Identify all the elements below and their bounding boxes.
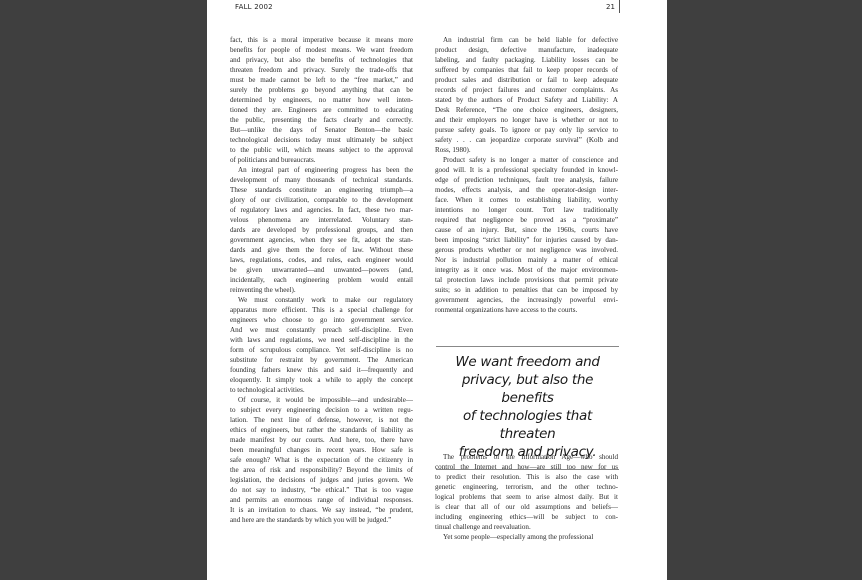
text-line: intentions no longer count. Tort law tra… [435, 205, 618, 215]
header-rule [619, 0, 620, 13]
text-line: been imposing “strict liability” for inj… [435, 235, 618, 245]
text-line: and their employers no longer have is wh… [435, 115, 618, 125]
text-line: threaten freedom and privacy. Surely the… [230, 65, 413, 75]
text-line: These standards constitute an engineerin… [230, 185, 413, 195]
text-line: apparatus more efficient. This is a spec… [230, 305, 413, 315]
text-line: engineers who choose to go into governme… [230, 315, 413, 325]
text-line: legislation, the decisions of judges and… [230, 475, 413, 485]
text-line: development of many thousands of technic… [230, 175, 413, 185]
right-column-top: An industrial firm can be held liable fo… [435, 35, 618, 315]
text-line: founding fathers knew this and said it—f… [230, 365, 413, 375]
text-line: surely the problems go beyond anything t… [230, 85, 413, 95]
text-line: to technological activities. [230, 385, 413, 395]
text-line: determined by engineers, no matter how w… [230, 95, 413, 105]
text-line: An industrial firm can be held liable fo… [435, 35, 618, 45]
text-line: records of project failures and customer… [435, 85, 618, 95]
text-line: Of course, it would be impossible—and un… [230, 395, 413, 405]
text-line: genetic engineering, terrorism, and the … [435, 482, 618, 492]
text-line: is clear that all of our old assumptions… [435, 502, 618, 512]
text-line: cause of an injury. But, since the 1960s… [435, 225, 618, 235]
text-line: form of scrupulous compliance. Yet self-… [230, 345, 413, 355]
text-line: dards and give them the force of law. Wi… [230, 245, 413, 255]
text-line: eloquently. It simply took a while to ap… [230, 375, 413, 385]
text-line: including engineering ethics—will be sub… [435, 512, 618, 522]
text-line: gerous products whether or not negligenc… [435, 245, 618, 255]
text-line: benefits for people of modest means. We … [230, 45, 413, 55]
text-line: tal protection laws include provisions t… [435, 275, 618, 285]
text-line: Ross, 1980). [435, 145, 618, 155]
text-line: logical problems that seem to arise almo… [435, 492, 618, 502]
text-line: face. When it comes to establishing liab… [435, 195, 618, 205]
text-line: glory of our civilization, comparable to… [230, 195, 413, 205]
text-line: It is an invitation to chaos. We say ins… [230, 505, 413, 515]
text-line: ronmental organizations have access to t… [435, 305, 618, 315]
text-line: to the public will, which means subject … [230, 145, 413, 155]
text-line: tinual challenge and reevaluation. [435, 522, 618, 532]
text-line: made manifest by our courts. And here, t… [230, 435, 413, 445]
running-header-issue: FALL 2002 [235, 3, 273, 11]
text-line: with laws and regulations, we need self-… [230, 335, 413, 345]
text-line: be given unwarranted—and unwanted—powers… [230, 265, 413, 275]
text-line: of regulatory laws and agencies. In fact… [230, 205, 413, 215]
text-line: fact, this is a moral imperative because… [230, 35, 413, 45]
text-line: the public, presenting the facts clearly… [230, 115, 413, 125]
text-line: edge of prediction techniques, fault tre… [435, 175, 618, 185]
text-line: The problems of the Information Age—who … [435, 452, 618, 462]
pull-quote-line: We want freedom and [436, 353, 619, 371]
text-line: tioned they are. Engineers are committed… [230, 105, 413, 115]
text-line: incidentally, each engineering problem w… [230, 275, 413, 285]
right-column-bottom: The problems of the Information Age—who … [435, 452, 618, 542]
text-line: laws, regulations, codes, and rules, eac… [230, 255, 413, 265]
text-line: But—unlike the days of Senator Benton—th… [230, 125, 413, 135]
text-line: labeling, and faulty packaging. Liabilit… [435, 55, 618, 65]
text-line: suits; so in addition to penalties that … [435, 285, 618, 295]
text-line: product design, defective manufacture, i… [435, 45, 618, 55]
text-line: and here are the standards by which you … [230, 515, 413, 525]
text-line: pursue safety goals. To ignore or pay on… [435, 125, 618, 135]
text-line: government agencies, the increasingly po… [435, 295, 618, 305]
text-line: An integral part of engineering progress… [230, 165, 413, 175]
text-line: Nor is industrial pollution mainly a mat… [435, 255, 618, 265]
text-line: Yet some people—especially among the pro… [435, 532, 618, 542]
text-line: ethics of engineers, but rather the stan… [230, 425, 413, 435]
pull-quote-line: privacy, but also the benefits [436, 371, 619, 407]
text-line: And we must constantly preach self-disci… [230, 325, 413, 335]
left-column: fact, this is a moral imperative because… [230, 35, 413, 525]
text-line: Product safety is no longer a matter of … [435, 155, 618, 165]
text-line: control the Internet and how—are still t… [435, 462, 618, 472]
text-line: to predict their resolution. This is als… [435, 472, 618, 482]
text-line: velous phenomena are interrelated. Volun… [230, 215, 413, 225]
text-line: safety . . . can jeopardize corporate su… [435, 135, 618, 145]
text-line: stated by the authors of Product Safety … [435, 95, 618, 105]
text-line: of politicians and bureaucrats. [230, 155, 413, 165]
text-line: been meaningful changes in recent years.… [230, 445, 413, 455]
text-line: product sales and distribution or fail t… [435, 75, 618, 85]
text-line: dards are developed by professional grou… [230, 225, 413, 235]
text-line: We must constantly work to make our regu… [230, 295, 413, 305]
text-line: to subject every engineering decision to… [230, 405, 413, 415]
text-line: safe enough? What is the expectation of … [230, 455, 413, 465]
text-line: and privacy, but also the benefits of te… [230, 55, 413, 65]
text-line: reinventing the wheel). [230, 285, 413, 295]
document-page: FALL 2002 21 fact, this is a moral imper… [207, 0, 667, 580]
text-line: government agencies, when they see fit, … [230, 235, 413, 245]
text-line: modes, effects analysis, and the operato… [435, 185, 618, 195]
page-number: 21 [606, 3, 615, 11]
text-line: Desk Reference, “The one choice engineer… [435, 105, 618, 115]
text-line: lation. The next line of defense, howeve… [230, 415, 413, 425]
pull-quote-line: of technologies that threaten [436, 407, 619, 443]
text-line: suffered by companies that fail to keep … [435, 65, 618, 75]
text-line: do not say to industry, “be ethical.” Th… [230, 485, 413, 495]
text-line: good will. It is a professional specialt… [435, 165, 618, 175]
text-line: and permits an enormous range of individ… [230, 495, 413, 505]
text-line: must be made cannot be left to the “free… [230, 75, 413, 85]
text-line: the area of risk and responsibility? Bey… [230, 465, 413, 475]
text-line: integrity as it once was. Most of the ma… [435, 265, 618, 275]
text-line: technological decisions today must ultim… [230, 135, 413, 145]
text-line: required that negligence be proved as a … [435, 215, 618, 225]
text-line: substitute for restraint by government. … [230, 355, 413, 365]
